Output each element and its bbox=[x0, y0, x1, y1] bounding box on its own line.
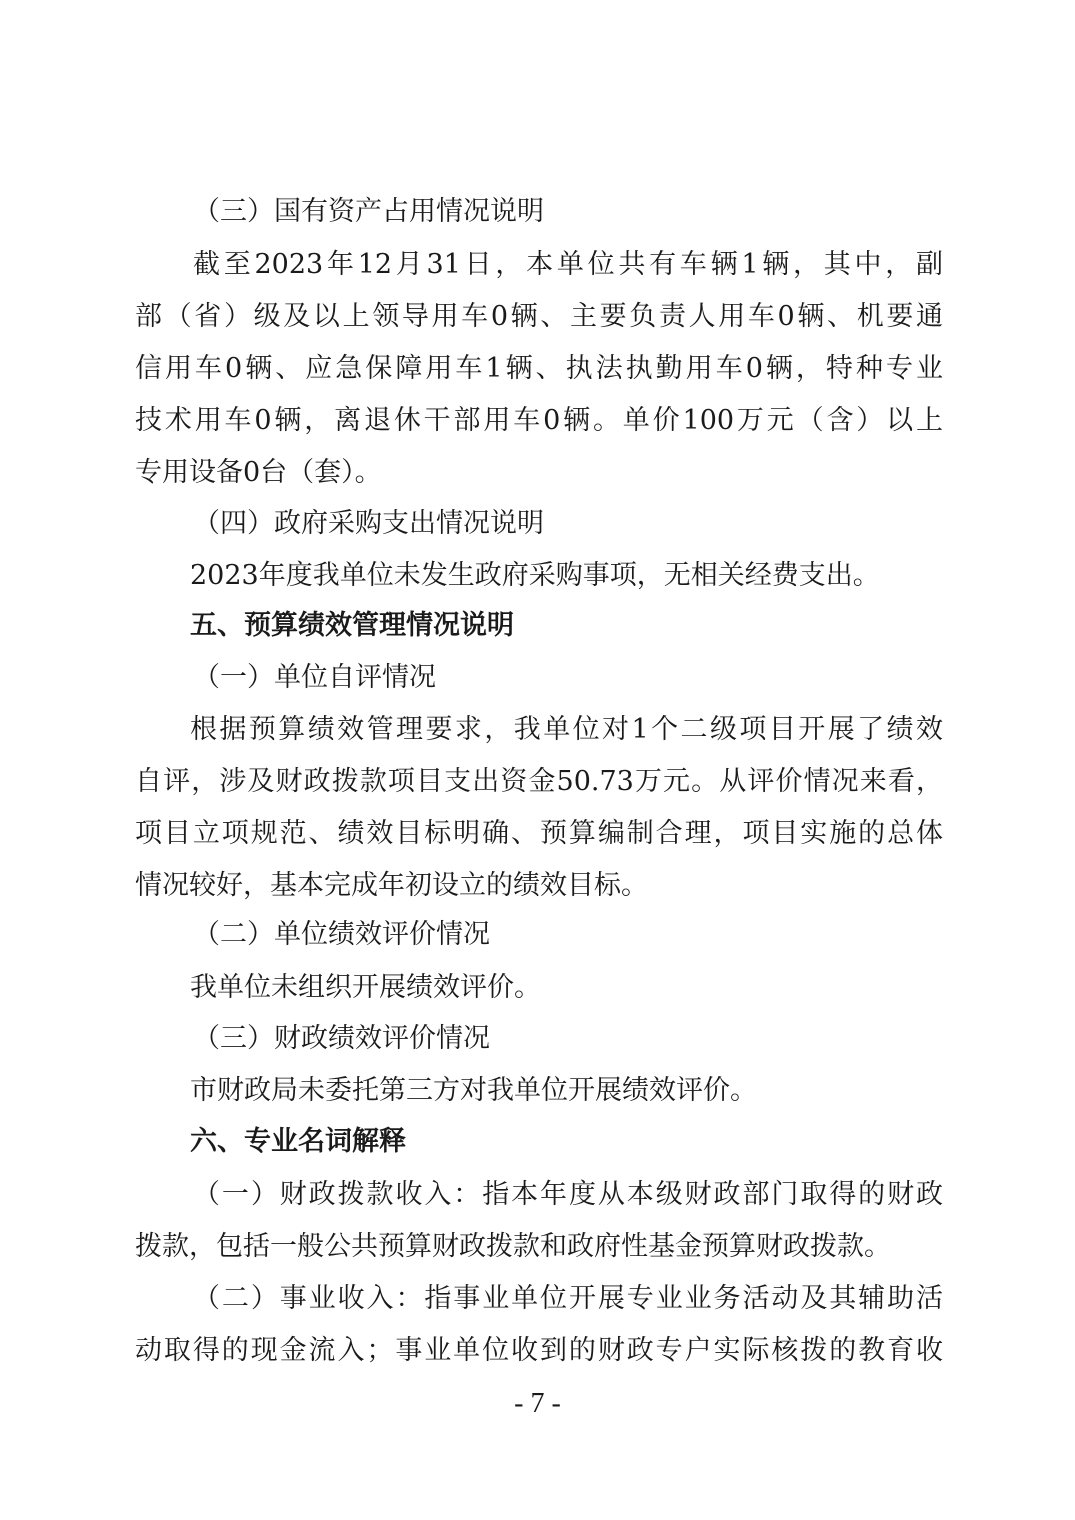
paragraph-line: 动取得的现金流入；事业单位收到的财政专户实际核拨的教育收 bbox=[135, 1334, 943, 1368]
subheading-state-assets: （三）国有资产占用情况说明 bbox=[193, 195, 544, 229]
paragraph-line: 市财政局未委托第三方对我单位开展绩效评价。 bbox=[190, 1074, 757, 1108]
subheading-unit-evaluation: （二）单位绩效评价情况 bbox=[193, 918, 490, 952]
paragraph-line: 拨款，包括一般公共预算财政拨款和政府性基金预算财政拨款。 bbox=[135, 1230, 891, 1264]
paragraph-line: 部（省）级及以上领导用车0辆、主要负责人用车0辆、机要通 bbox=[135, 300, 943, 334]
paragraph-line: 截至2023年12月31日，本单位共有车辆1辆，其中，副 bbox=[193, 248, 943, 282]
paragraph-line: （二）事业收入：指事业单位开展专业业务活动及其辅助活 bbox=[193, 1282, 943, 1316]
paragraph-line: 项目立项规范、绩效目标明确、预算编制合理，项目实施的总体 bbox=[135, 817, 943, 851]
heading-budget-performance: 五、预算绩效管理情况说明 bbox=[190, 609, 514, 643]
subheading-self-evaluation: （一）单位自评情况 bbox=[193, 661, 436, 695]
paragraph-line: 根据预算绩效管理要求，我单位对1个二级项目开展了绩效 bbox=[190, 713, 943, 747]
paragraph-line: 我单位未组织开展绩效评价。 bbox=[190, 971, 541, 1005]
paragraph-line: 技术用车0辆，离退休干部用车0辆。单价100万元（含）以上 bbox=[135, 404, 943, 438]
paragraph-line: 2023年度我单位未发生政府采购事项，无相关经费支出。 bbox=[190, 559, 880, 593]
heading-glossary: 六、专业名词解释 bbox=[190, 1125, 406, 1159]
paragraph-line: 自评，涉及财政拨款项目支出资金50.73万元。从评价情况来看， bbox=[135, 765, 943, 799]
subheading-gov-procurement: （四）政府采购支出情况说明 bbox=[193, 507, 544, 541]
page-number: - 7 - bbox=[0, 1388, 1075, 1420]
paragraph-line: 信用车0辆、应急保障用车1辆、执法执勤用车0辆，特种专业 bbox=[135, 352, 943, 386]
document-page: （三）国有资产占用情况说明 截至2023年12月31日，本单位共有车辆1辆，其中… bbox=[0, 0, 1075, 1520]
subheading-fiscal-evaluation: （三）财政绩效评价情况 bbox=[193, 1022, 490, 1056]
paragraph-line: 情况较好，基本完成年初设立的绩效目标。 bbox=[135, 869, 648, 903]
paragraph-line: （一）财政拨款收入：指本年度从本级财政部门取得的财政 bbox=[193, 1178, 943, 1212]
paragraph-line: 专用设备0台（套）。 bbox=[135, 456, 382, 490]
